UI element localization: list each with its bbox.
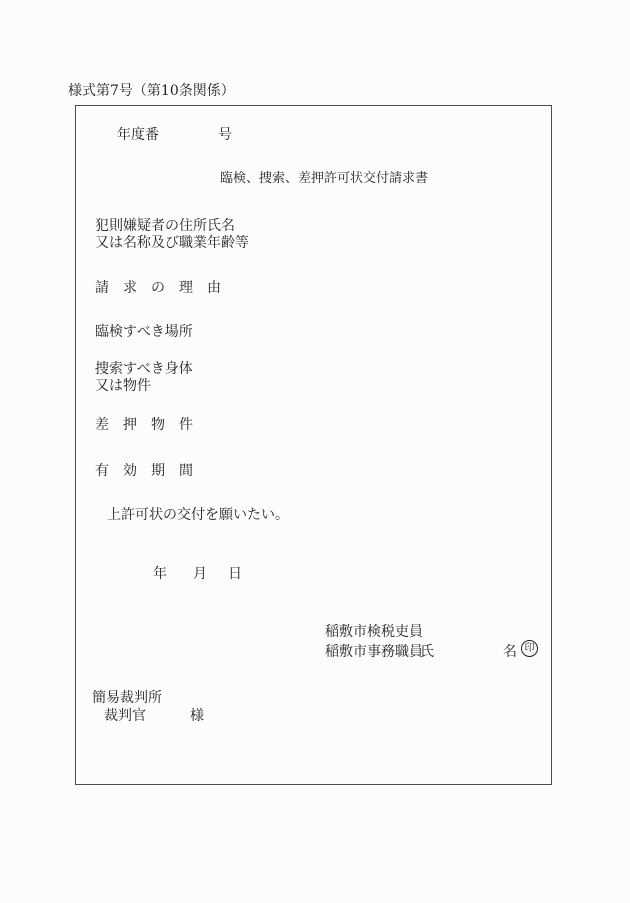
doc-number-prefix-label: 年度番 — [117, 124, 159, 144]
search-target-label-line2: 又は物件 — [95, 375, 151, 395]
inspection-place-label: 臨検すべき場所 — [95, 321, 193, 341]
validity-label: 有 効 期 間 — [95, 460, 193, 480]
addressee-court-label: 簡易裁判所 — [92, 687, 162, 707]
form-id-label: 様式第7号（第10条関係） — [68, 80, 235, 100]
signer-title-line2: 稲敷市事務職員 — [325, 641, 423, 661]
date-month-label: 月 — [193, 563, 207, 583]
seizure-label: 差 押 物 件 — [95, 414, 193, 434]
document-title: 臨検、捜索、差押許可状交付請求書 — [220, 167, 428, 186]
reason-label: 請 求 の 理 由 — [95, 277, 221, 297]
seal-mark-icon: 印 — [521, 640, 538, 657]
addressee-honorific-label: 様 — [190, 705, 204, 725]
suspect-label-line2: 又は名称及び職業年齢等 — [95, 232, 249, 252]
addressee-judge-label: 裁判官 — [104, 705, 146, 725]
doc-number-suffix-label: 号 — [218, 124, 232, 144]
signer-name-first-label: 氏 — [420, 641, 434, 661]
date-day-label: 日 — [228, 563, 242, 583]
form-border-box — [75, 105, 552, 785]
document-page: 様式第7号（第10条関係） 年度番 号 臨検、捜索、差押許可状交付請求書 犯則嫌… — [0, 0, 630, 903]
signer-title-line1: 稲敷市検税吏員 — [325, 621, 423, 641]
date-year-label: 年 — [153, 563, 167, 583]
request-sentence: 上許可状の交付を願いたい。 — [107, 504, 289, 524]
signer-name-last-label: 名 — [503, 641, 517, 661]
